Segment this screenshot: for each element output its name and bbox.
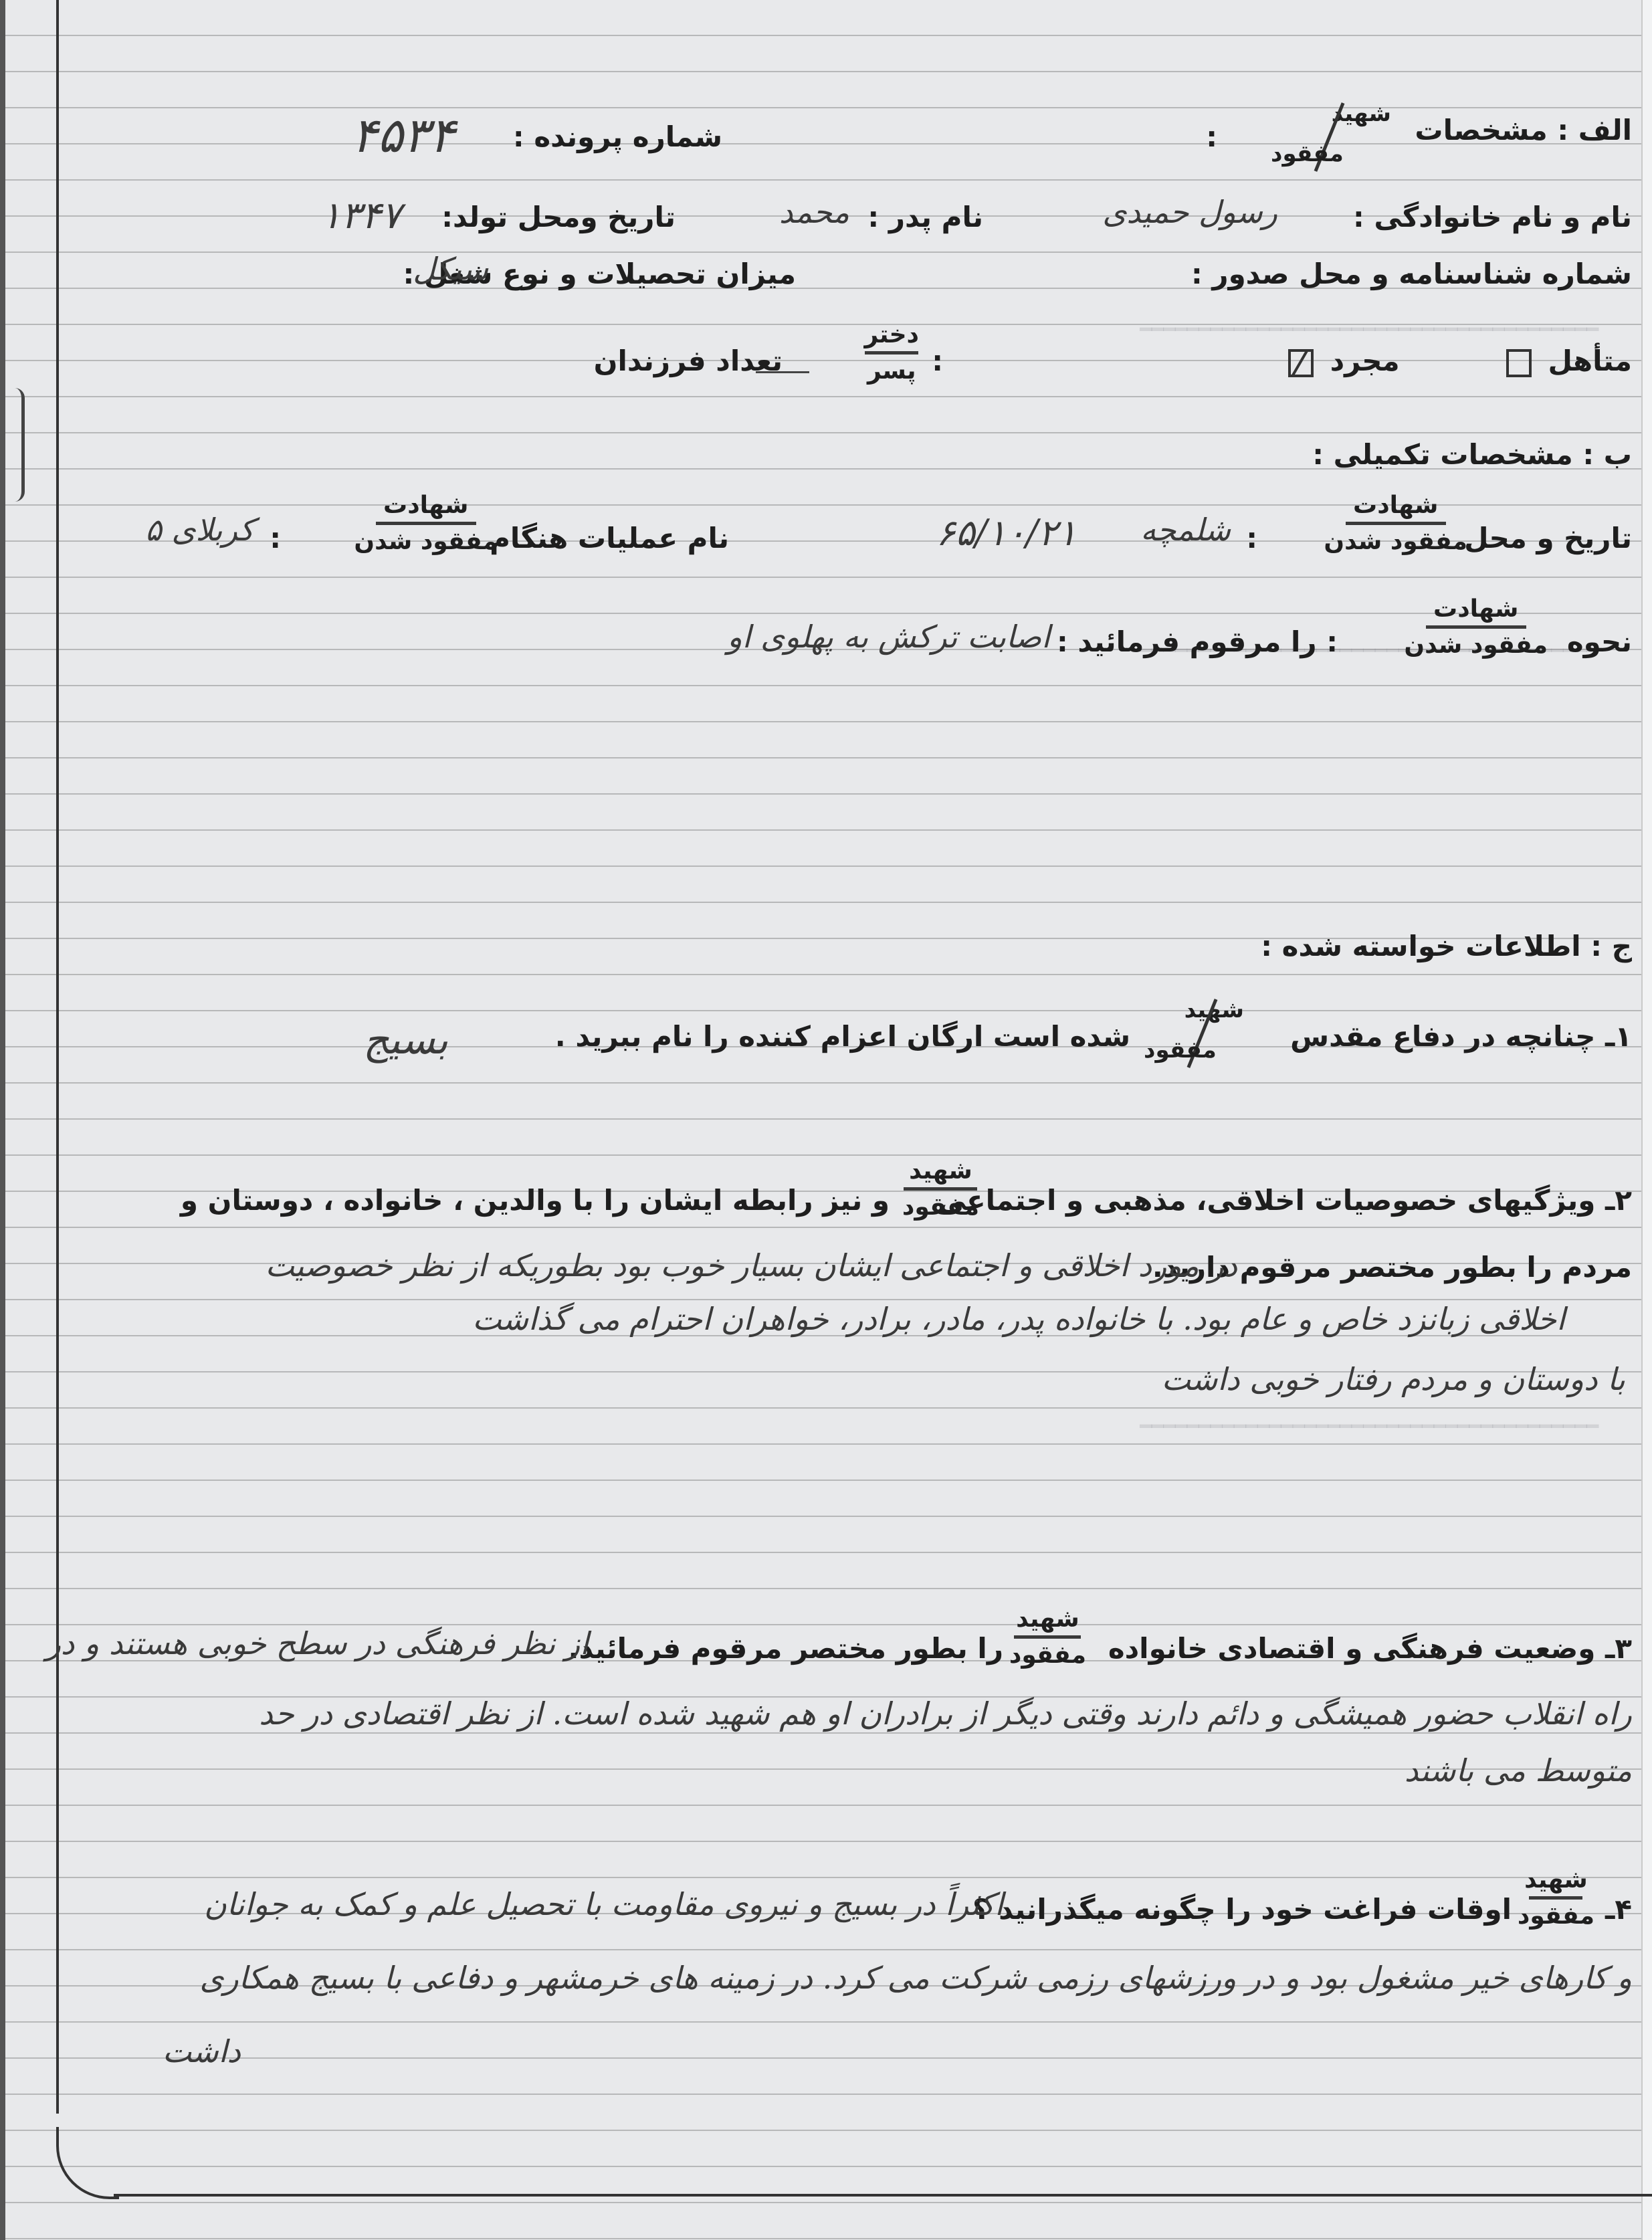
q4-suffix: اوقات فراغت خود را چگونه میگذرانید ؟ bbox=[972, 1893, 1512, 1926]
q4-fraction: شهیدمفقود bbox=[1514, 1866, 1598, 1930]
q3-answer-line-3: متوسط می باشند bbox=[1405, 1752, 1632, 1789]
marital-row: متأهل مجرد bbox=[1281, 344, 1632, 377]
bleed-through-text: ـــــــــــــــــــــــــــــــــــــــ bbox=[1140, 294, 1598, 341]
q4-answer-line-2: و کارهای خیر مشغول بود و در ورزشهای رزمی… bbox=[200, 1960, 1633, 1996]
q1-answer: بسیج bbox=[363, 1017, 448, 1063]
date-place-fraction: شهادتمفقود شدن bbox=[1320, 492, 1471, 555]
id-number-label: شماره شناسنامه و محل صدور : bbox=[1191, 258, 1632, 290]
date-place-date-value: ۶۵/۱۰/۲۱ bbox=[936, 512, 1077, 554]
page-edge bbox=[0, 0, 5, 2240]
operation-label: نام عملیات هنگام bbox=[490, 522, 729, 554]
frame-corner bbox=[56, 2127, 119, 2199]
q2-answer-line-1: در مورد اخلاقی و اجتماعی ایشان بسیار خوب… bbox=[266, 1247, 1237, 1284]
date-place-place-value: شلمچه bbox=[1140, 512, 1231, 548]
q3-suffix: را بطور مختصر مرقوم فرمائید. bbox=[569, 1632, 1003, 1665]
operation-colon: : bbox=[270, 522, 281, 554]
children-fraction: دخترپسر bbox=[860, 321, 923, 385]
q2-fraction: شهیدمفقود bbox=[898, 1157, 983, 1221]
father-name-label: نام پدر : bbox=[867, 201, 983, 233]
q2-answer-line-3: با دوستان و مردم رفتار خوبی داشت bbox=[1162, 1361, 1625, 1397]
section-a-title: الف : مشخصات bbox=[1415, 114, 1632, 146]
section-b-title: ب : مشخصات تکمیلی : bbox=[1312, 438, 1632, 471]
q2-suffix: و نیز رابطه ایشان را با والدین ، خانواده… bbox=[181, 1184, 890, 1217]
margin-line bbox=[56, 0, 59, 2114]
q3-answer-line-1: از نظر فرهنگی در سطح خوبی هستند و در bbox=[46, 1625, 589, 1661]
manner-label: نحوه bbox=[1567, 625, 1632, 658]
q1-fraction: شهید مفقود bbox=[1137, 997, 1251, 1063]
married-checkbox[interactable] bbox=[1506, 349, 1532, 377]
education-value: سیکل bbox=[413, 251, 488, 287]
manner-suffix: : را مرقوم فرمائید : bbox=[1057, 625, 1338, 658]
full-name-label: نام و نام خانوادگی : bbox=[1353, 201, 1632, 233]
status-slash-fraction: شهید مفقود bbox=[1264, 100, 1398, 167]
children-label: تعداد فرزندان bbox=[594, 344, 783, 377]
single-label: مجرد bbox=[1330, 344, 1400, 377]
q3-answer-line-2: راه انقلاب حضور همیشگی و دائم دارند وقتی… bbox=[259, 1696, 1632, 1732]
status-fraction: شهید مفقود bbox=[1264, 100, 1398, 167]
operation-value: کربلای ۵ bbox=[145, 512, 254, 548]
q4-prefix: ۴ـ bbox=[1605, 1893, 1632, 1926]
children-blank bbox=[756, 371, 809, 373]
status-colon: : bbox=[1206, 120, 1217, 153]
q2-prefix: ۲ـ ویژگیهای خصوصیات اخلاقی، مذهبی و اجتم… bbox=[938, 1184, 1632, 1217]
date-place-label: تاریخ و محل bbox=[1464, 522, 1632, 554]
manner-value: اصابت ترکش به پهلوی او bbox=[727, 619, 1050, 655]
full-name-value: رسول حمیدی bbox=[1102, 194, 1277, 230]
date-place-colon: : bbox=[1246, 522, 1257, 554]
operation-fraction: شهادتمفقود شدن bbox=[350, 492, 502, 555]
single-checkbox[interactable] bbox=[1288, 349, 1314, 377]
q4-answer-line-3: داشت bbox=[163, 2033, 241, 2069]
q1-prefix: ۱ـ چنانچه در دفاع مقدس bbox=[1290, 1020, 1632, 1053]
scanned-form-page: ـــــــــــــــــــــــــــــــــــــــ … bbox=[0, 0, 1652, 2240]
q3-prefix: ۳ـ وضعیت فرهنگی و اقتصادی خانواده bbox=[1108, 1632, 1632, 1665]
file-number-label: شماره پرونده : bbox=[513, 120, 722, 153]
birth-label: تاریخ ومحل تولد: bbox=[441, 201, 676, 233]
bleed-through-text: ـــــــــــــــــــــــــــــــــــــــ bbox=[1140, 1391, 1598, 1438]
margin-handwritten-mark bbox=[15, 388, 25, 502]
q3-fraction: شهیدمفقود bbox=[1005, 1605, 1090, 1669]
frame-bottom-rule bbox=[114, 2194, 1652, 2197]
page-edge-right bbox=[1641, 0, 1652, 2240]
q1-suffix: شده است ارگان اعزام کننده را نام ببرید . bbox=[555, 1020, 1130, 1053]
q2-answer-line-2: اخلاقی زبانزد خاص و عام بود. با خانواده … bbox=[472, 1301, 1565, 1337]
children-colon: : bbox=[932, 344, 943, 377]
birth-value: ۱۳۴۷ bbox=[321, 194, 401, 237]
manner-fraction: شهادتمفقود شدن bbox=[1400, 595, 1552, 659]
married-label: متأهل bbox=[1548, 344, 1632, 377]
father-name-value: محمد bbox=[779, 194, 849, 230]
section-c-title: ج : اطلاعات خواسته شده : bbox=[1261, 930, 1632, 962]
q4-answer-line-1: اکثراً در بسیج و نیروی مقاومت با تحصیل ع… bbox=[204, 1886, 1003, 1922]
file-number-value: ۴۵۳۴ bbox=[351, 107, 455, 163]
